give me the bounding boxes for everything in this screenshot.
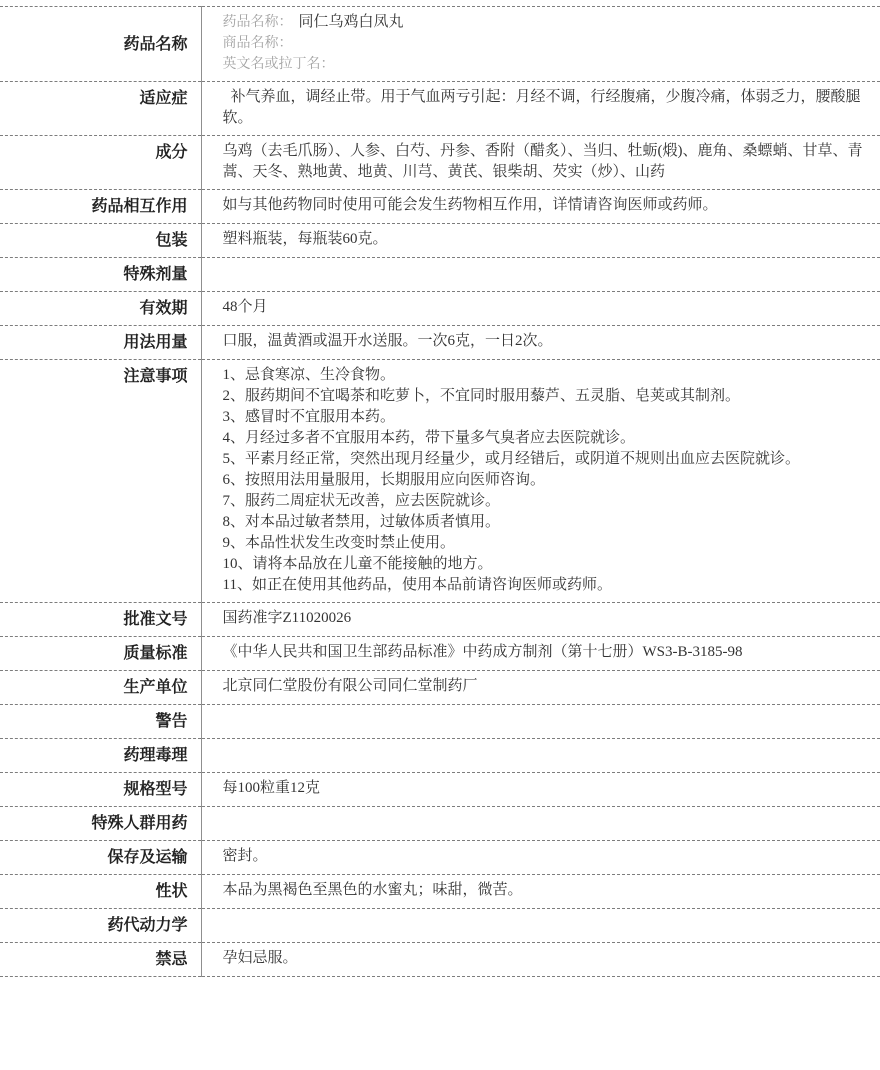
table-row: 药品相互作用如与其他药物同时使用可能会发生药物相互作用，详情请咨询医师或药师。 bbox=[0, 190, 880, 224]
precaution-line: 5、平素月经正常，突然出现月经量少，或月经错后，或阴道不规则出血应去医院就诊。 bbox=[223, 449, 871, 470]
row-value: 本品为黑褐色至黑色的水蜜丸；味甜，微苦。 bbox=[201, 875, 880, 909]
row-label: 药品相互作用 bbox=[0, 190, 201, 224]
drug-info-table: 药品名称药品名称：同仁乌鸡白凤丸商品名称：英文名或拉丁名：适应症补气养血，调经止… bbox=[0, 6, 880, 977]
row-label: 警告 bbox=[0, 705, 201, 739]
table-row: 包装塑料瓶装，每瓶装60克。 bbox=[0, 224, 880, 258]
table-row: 有效期48个月 bbox=[0, 292, 880, 326]
precaution-line: 1、忌食寒凉、生冷食物。 bbox=[223, 365, 871, 386]
row-value bbox=[201, 807, 880, 841]
row-value bbox=[201, 705, 880, 739]
table-row: 保存及运输密封。 bbox=[0, 841, 880, 875]
sub-field-label: 英文名或拉丁名： bbox=[223, 57, 335, 72]
sub-field-value: 同仁乌鸡白凤丸 bbox=[299, 14, 404, 30]
row-label: 批准文号 bbox=[0, 603, 201, 637]
row-value: 北京同仁堂股份有限公司同仁堂制药厂 bbox=[201, 671, 880, 705]
row-label: 适应症 bbox=[0, 82, 201, 136]
drug-info-page: 药品名称药品名称：同仁乌鸡白凤丸商品名称：英文名或拉丁名：适应症补气养血，调经止… bbox=[0, 0, 880, 977]
table-row: 生产单位北京同仁堂股份有限公司同仁堂制药厂 bbox=[0, 671, 880, 705]
row-label: 有效期 bbox=[0, 292, 201, 326]
table-row: 适应症补气养血，调经止带。用于气血两亏引起：月经不调，行经腹痛，少腹冷痛，体弱乏… bbox=[0, 82, 880, 136]
row-value: 密封。 bbox=[201, 841, 880, 875]
row-value: 每100粒重12克 bbox=[201, 773, 880, 807]
row-value: 48个月 bbox=[201, 292, 880, 326]
row-value: 《中华人民共和国卫生部药品标准》中药成方制剂（第十七册）WS3-B-3185-9… bbox=[201, 637, 880, 671]
row-value: 口服，温黄酒或温开水送服。一次6克，一日2次。 bbox=[201, 326, 880, 360]
row-value: 孕妇忌服。 bbox=[201, 943, 880, 977]
table-row: 规格型号每100粒重12克 bbox=[0, 773, 880, 807]
table-row: 成分乌鸡（去毛爪肠）、人参、白芍、丹参、香附（醋炙）、当归、牡蛎(煅)、鹿角、桑… bbox=[0, 136, 880, 190]
table-row: 性状本品为黑褐色至黑色的水蜜丸；味甜，微苦。 bbox=[0, 875, 880, 909]
row-label: 成分 bbox=[0, 136, 201, 190]
row-value: 补气养血，调经止带。用于气血两亏引起：月经不调，行经腹痛，少腹冷痛，体弱乏力，腰… bbox=[201, 82, 880, 136]
table-row: 药代动力学 bbox=[0, 909, 880, 943]
table-row: 用法用量口服，温黄酒或温开水送服。一次6克，一日2次。 bbox=[0, 326, 880, 360]
row-label: 特殊人群用药 bbox=[0, 807, 201, 841]
row-value: 如与其他药物同时使用可能会发生药物相互作用，详情请咨询医师或药师。 bbox=[201, 190, 880, 224]
table-row: 特殊人群用药 bbox=[0, 807, 880, 841]
precaution-line: 10、请将本品放在儿童不能接触的地方。 bbox=[223, 554, 871, 575]
precaution-line: 2、服药期间不宜喝茶和吃萝卜，不宜同时服用藜芦、五灵脂、皂荚或其制剂。 bbox=[223, 386, 871, 407]
row-value: 国药准字Z11020026 bbox=[201, 603, 880, 637]
precaution-line: 7、服药二周症状无改善，应去医院就诊。 bbox=[223, 491, 871, 512]
table-row: 质量标准《中华人民共和国卫生部药品标准》中药成方制剂（第十七册）WS3-B-31… bbox=[0, 637, 880, 671]
row-value: 1、忌食寒凉、生冷食物。2、服药期间不宜喝茶和吃萝卜，不宜同时服用藜芦、五灵脂、… bbox=[201, 360, 880, 603]
table-row: 警告 bbox=[0, 705, 880, 739]
precaution-line: 4、月经过多者不宜服用本药，带下量多气臭者应去医院就诊。 bbox=[223, 428, 871, 449]
row-label: 药品名称 bbox=[0, 7, 201, 82]
drug-name-field-line: 商品名称： bbox=[223, 33, 871, 54]
precaution-line: 11、如正在使用其他药品，使用本品前请咨询医师或药师。 bbox=[223, 575, 871, 596]
row-label: 特殊剂量 bbox=[0, 258, 201, 292]
row-label: 药代动力学 bbox=[0, 909, 201, 943]
row-label: 性状 bbox=[0, 875, 201, 909]
row-label: 禁忌 bbox=[0, 943, 201, 977]
table-row: 禁忌孕妇忌服。 bbox=[0, 943, 880, 977]
row-label: 保存及运输 bbox=[0, 841, 201, 875]
table-row: 注意事项1、忌食寒凉、生冷食物。2、服药期间不宜喝茶和吃萝卜，不宜同时服用藜芦、… bbox=[0, 360, 880, 603]
table-row: 特殊剂量 bbox=[0, 258, 880, 292]
sub-field-label: 商品名称： bbox=[223, 36, 293, 51]
row-value: 乌鸡（去毛爪肠）、人参、白芍、丹参、香附（醋炙）、当归、牡蛎(煅)、鹿角、桑螵蛸… bbox=[201, 136, 880, 190]
row-label: 规格型号 bbox=[0, 773, 201, 807]
sub-field-label: 药品名称： bbox=[223, 15, 293, 30]
row-label: 用法用量 bbox=[0, 326, 201, 360]
table-row: 药品名称药品名称：同仁乌鸡白凤丸商品名称：英文名或拉丁名： bbox=[0, 7, 880, 82]
row-value bbox=[201, 258, 880, 292]
row-label: 注意事项 bbox=[0, 360, 201, 603]
drug-name-field-line: 英文名或拉丁名： bbox=[223, 54, 871, 75]
row-label: 生产单位 bbox=[0, 671, 201, 705]
precaution-line: 9、本品性状发生改变时禁止使用。 bbox=[223, 533, 871, 554]
drug-name-field-line: 药品名称：同仁乌鸡白凤丸 bbox=[223, 12, 871, 33]
row-label: 包装 bbox=[0, 224, 201, 258]
precaution-line: 6、按照用法用量服用，长期服用应向医师咨询。 bbox=[223, 470, 871, 491]
row-label: 药理毒理 bbox=[0, 739, 201, 773]
row-value: 药品名称：同仁乌鸡白凤丸商品名称：英文名或拉丁名： bbox=[201, 7, 880, 82]
precaution-line: 8、对本品过敏者禁用，过敏体质者慎用。 bbox=[223, 512, 871, 533]
table-row: 批准文号国药准字Z11020026 bbox=[0, 603, 880, 637]
row-value: 塑料瓶装，每瓶装60克。 bbox=[201, 224, 880, 258]
row-value bbox=[201, 909, 880, 943]
precaution-line: 3、感冒时不宜服用本药。 bbox=[223, 407, 871, 428]
table-row: 药理毒理 bbox=[0, 739, 880, 773]
row-label: 质量标准 bbox=[0, 637, 201, 671]
row-value bbox=[201, 739, 880, 773]
drug-table-body: 药品名称药品名称：同仁乌鸡白凤丸商品名称：英文名或拉丁名：适应症补气养血，调经止… bbox=[0, 7, 880, 977]
